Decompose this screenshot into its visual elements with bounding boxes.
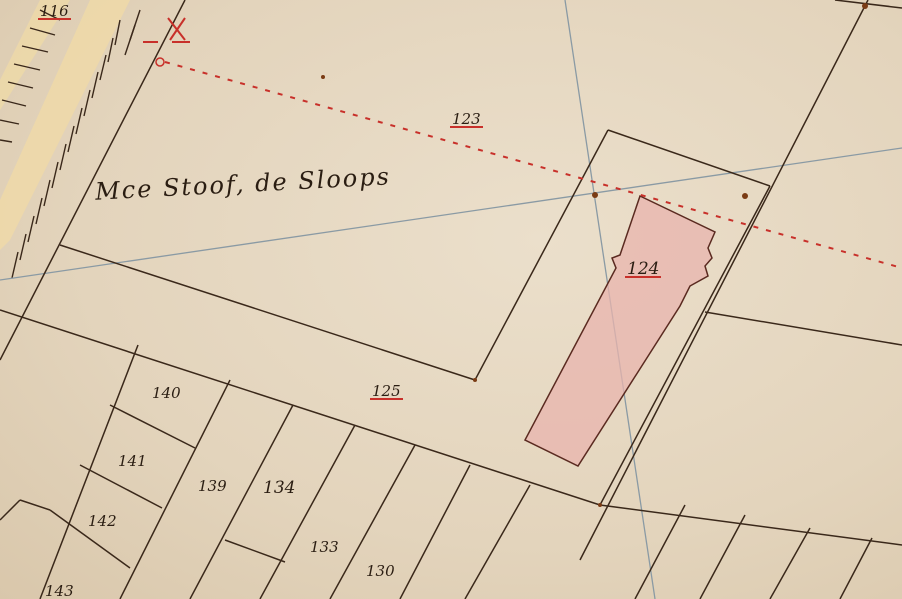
road-strip bbox=[0, 0, 130, 250]
parcel-label-116[interactable]: 116 bbox=[38, 4, 71, 20]
map-linework bbox=[0, 0, 902, 599]
survey-lines bbox=[0, 0, 902, 599]
red-dotted-survey-line bbox=[165, 62, 902, 268]
cadastral-map[interactable]: Mce Stoof, de Sloops 116 123 124 125 140… bbox=[0, 0, 902, 599]
survey-marker-icon bbox=[143, 18, 190, 66]
parcel-label-141[interactable]: 141 bbox=[118, 452, 147, 470]
parcel-label-123[interactable]: 123 bbox=[450, 112, 483, 128]
parcel-label-143[interactable]: 143 bbox=[45, 582, 74, 599]
parcel-label-140[interactable]: 140 bbox=[152, 384, 181, 402]
parcel-label-124[interactable]: 124 bbox=[625, 262, 661, 278]
parcel-boundaries bbox=[0, 0, 902, 599]
parcel-label-125[interactable]: 125 bbox=[370, 384, 403, 400]
parcel-label-142[interactable]: 142 bbox=[88, 512, 117, 530]
parcel-label-134[interactable]: 134 bbox=[263, 478, 295, 498]
parcel-124-highlight bbox=[525, 196, 715, 466]
parcel-label-133[interactable]: 133 bbox=[310, 538, 339, 556]
parcel-label-130[interactable]: 130 bbox=[366, 562, 395, 580]
parcel-label-139[interactable]: 139 bbox=[198, 477, 227, 495]
